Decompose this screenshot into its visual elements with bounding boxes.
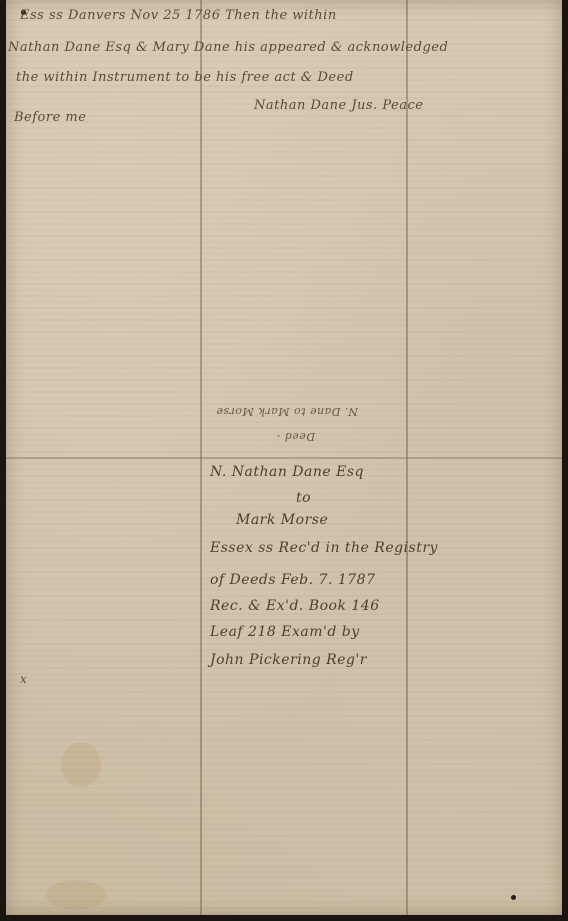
justice-signature: Nathan Dane Jus. Peace — [254, 98, 423, 113]
acknowledgment-line: Before me — [14, 110, 86, 125]
docket-line: John Pickering Reg'r — [210, 652, 367, 668]
paper-stain — [61, 742, 101, 787]
acknowledgment-line: the within Instrument to be his free act… — [16, 70, 354, 85]
docket-line: Rec. & Ex'd. Book 146 — [210, 598, 380, 614]
acknowledgment-line: Nathan Dane Esq & Mary Dane his appeared… — [8, 40, 448, 55]
docket-line: Essex ss Rec'd in the Registry — [210, 540, 438, 556]
upside-down-note: N. Dane to Mark Morse — [216, 405, 358, 418]
fold-crease-horizontal — [6, 457, 562, 459]
docket-line: N. Nathan Dane Esq — [210, 464, 364, 480]
ink-spot — [511, 895, 516, 900]
docket-line: to — [296, 490, 311, 506]
margin-mark: x — [20, 672, 27, 686]
docket-line: Mark Morse — [236, 512, 328, 528]
acknowledgment-line: Ess ss Danvers Nov 25 1786 Then the with… — [20, 8, 337, 23]
document-page: Ess ss Danvers Nov 25 1786 Then the with… — [6, 0, 562, 915]
upside-down-note: Deed - — [276, 430, 315, 443]
docket-line: of Deeds Feb. 7. 1787 — [210, 572, 375, 588]
paper-stain — [46, 880, 106, 910]
docket-line: Leaf 218 Exam'd by — [210, 624, 360, 640]
